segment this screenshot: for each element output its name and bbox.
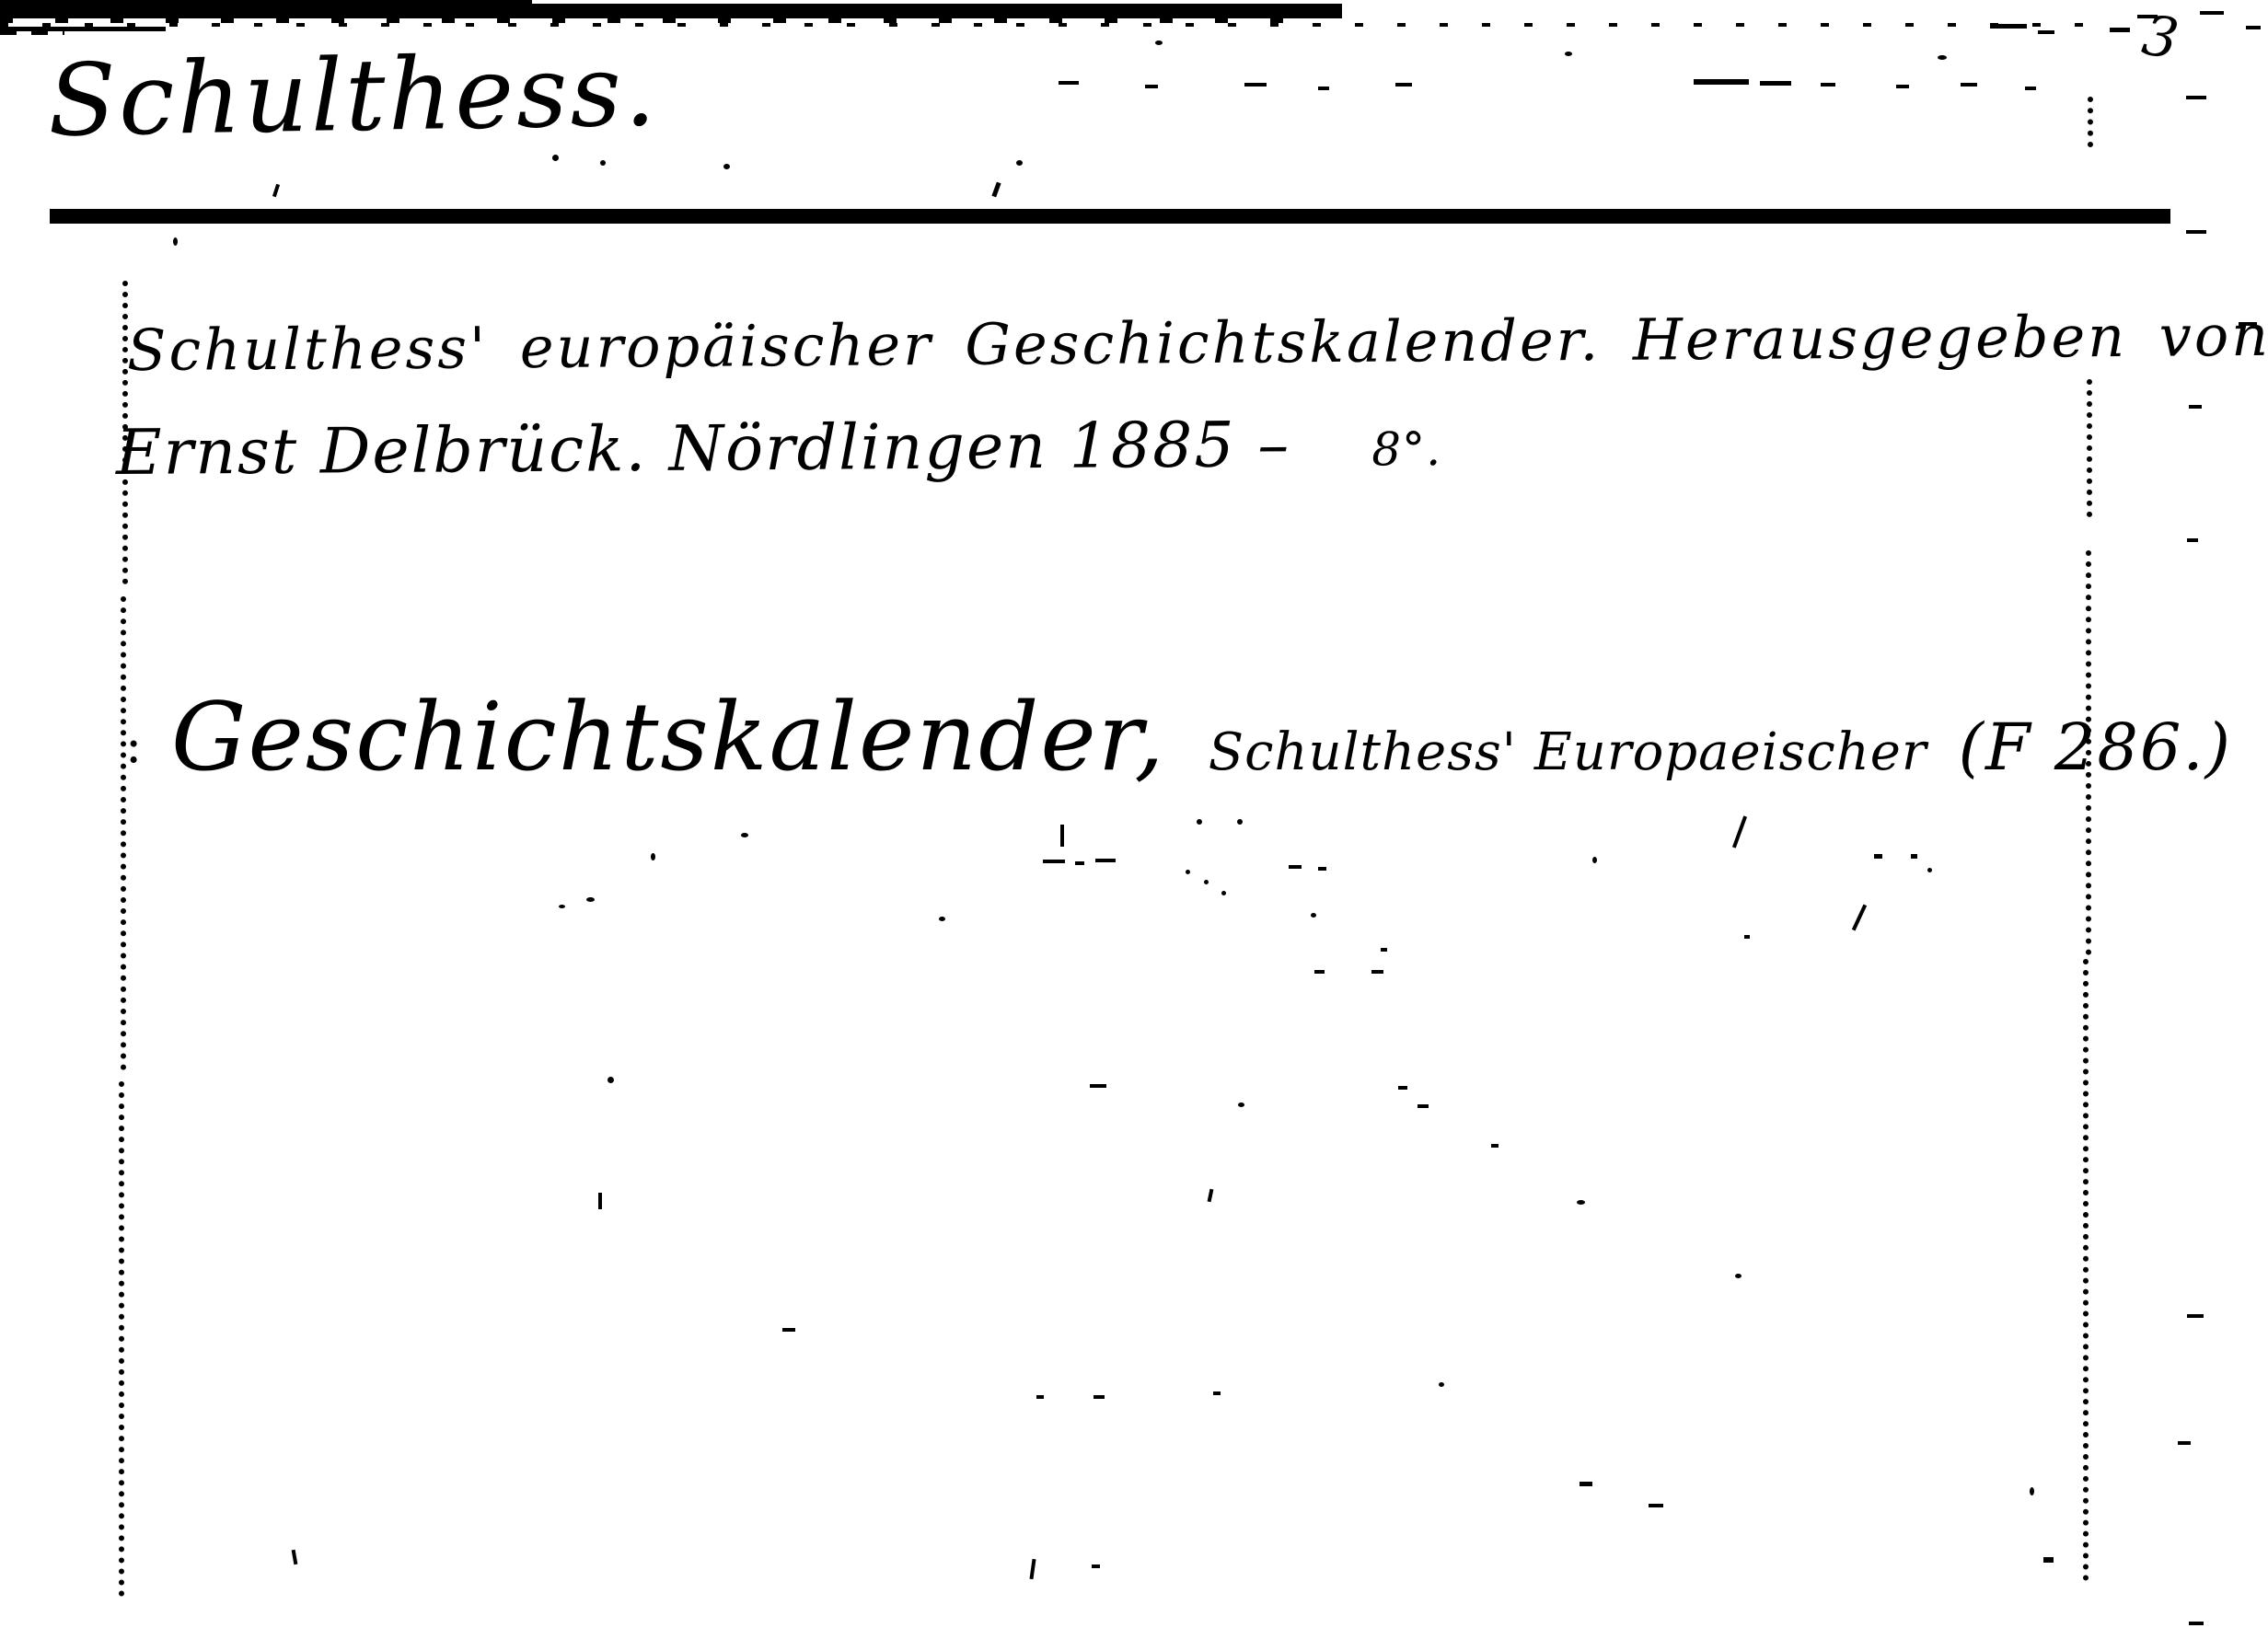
corner-pencil-mark: 3 (2138, 3, 2183, 72)
entry-line-1: Schulthess' europäischer Geschichtskalen… (127, 302, 2268, 384)
scan-speck (1927, 868, 1932, 872)
scan-speck (2030, 1487, 2034, 1495)
scan-dash (1092, 1564, 1100, 1568)
scan-speck (1311, 913, 1316, 918)
scan-speck (1060, 825, 1064, 847)
scan-speck (991, 182, 1001, 198)
scan-dash (1821, 83, 1835, 87)
scan-dash (1036, 1395, 1044, 1399)
scan-speck (1208, 1189, 1214, 1203)
catalog-card-scan: 3 Schulthess. Schulthess' europäischer G… (0, 0, 2268, 1651)
scan-dash (28, 9, 53, 13)
scan-dash (2186, 96, 2206, 99)
scan-dash (2187, 538, 2198, 542)
scan-dash (1381, 948, 1387, 952)
scan-dash (2110, 28, 2130, 32)
scan-speck (651, 853, 655, 860)
scan-speck (292, 1550, 298, 1564)
top-edge-band (0, 4, 1342, 18)
scan-dash (224, 11, 238, 15)
scan-dash (1090, 1084, 1106, 1088)
scan-dash (1760, 81, 1791, 86)
scan-speck (1938, 55, 1947, 60)
scan-stroke (1852, 905, 1867, 931)
scan-dash (1417, 1104, 1429, 1108)
card-heading: Schulthess. (47, 33, 659, 159)
scan-dash (68, 9, 87, 13)
scan-speck (600, 160, 606, 166)
scan-dash (782, 1328, 795, 1332)
left-dotted-border (119, 1081, 124, 1597)
bottom-edge-line-fragment (0, 31, 64, 35)
scan-dash (1398, 1086, 1407, 1090)
scan-dash (1990, 24, 2027, 29)
scan-stroke (1029, 1559, 1036, 1579)
scan-speck (607, 1077, 614, 1083)
scan-dash (1059, 81, 1079, 85)
thick-divider-rule (50, 209, 2170, 224)
scan-dash (2178, 1441, 2191, 1445)
scan-dash (1371, 970, 1383, 974)
scan-speck (1439, 1382, 1444, 1387)
scan-dash (1744, 935, 1750, 939)
scan-speck (1238, 1103, 1244, 1107)
scan-dash (1911, 854, 1917, 859)
right-dotted-border (2088, 97, 2093, 147)
reference-qualifier: Schulthess' Europaeischer (1209, 722, 1927, 782)
scan-dash (1093, 1395, 1105, 1399)
divider-rule-ragged-edge (0, 23, 2108, 27)
scan-speck (173, 237, 178, 246)
scan-dash (1649, 1504, 1663, 1507)
scan-stroke (1732, 815, 1747, 848)
scan-dash (2025, 87, 2036, 90)
scan-dash (2189, 405, 2202, 409)
reference-title: Geschichtskalender, (171, 683, 1166, 792)
scan-dash (2187, 1314, 2204, 1318)
scan-dash (1145, 85, 1158, 88)
scan-dash (1318, 867, 1326, 871)
scan-dash (2200, 11, 2224, 15)
scan-dash (1694, 79, 1749, 85)
scan-dash (1961, 83, 1977, 87)
scan-speck (272, 184, 280, 198)
scan-dash (2246, 26, 2261, 29)
entry-line-2: Ernst Delbrück. Nördlingen 1885 –8°. (116, 408, 1442, 490)
reference-line: Geschichtskalender, Schulthess' Europaei… (171, 683, 2232, 792)
scan-dash (1213, 1391, 1221, 1395)
scan-speck (1016, 160, 1023, 166)
scan-dash (1314, 970, 1325, 974)
scan-speck (598, 1193, 602, 1209)
scan-speck (552, 155, 559, 161)
right-dotted-border (2087, 379, 2092, 517)
scan-speck (1565, 52, 1572, 56)
format-notation: 8°. (1371, 422, 1441, 477)
scan-speck (723, 164, 730, 169)
scan-speck (559, 905, 565, 908)
scan-dash (1075, 861, 1084, 865)
scan-speck (1155, 40, 1163, 45)
scan-dash (1043, 860, 1065, 863)
scan-speck (1577, 1200, 1585, 1205)
scan-dash (1395, 83, 1412, 87)
scan-dash (1289, 865, 1302, 869)
reference-colon: : (125, 716, 142, 774)
scan-speck (586, 897, 595, 902)
scan-dash (2137, 15, 2158, 18)
scan-dash (2043, 1557, 2054, 1563)
scan-dash (1874, 854, 1882, 859)
reference-number: (F 286.) (1959, 710, 2232, 785)
scan-dash (1579, 1482, 1592, 1486)
scan-speck (939, 917, 945, 921)
scan-speck (1197, 819, 1202, 825)
scan-dash (1244, 83, 1267, 87)
right-dotted-border (2083, 959, 2089, 1581)
scan-speck (1221, 891, 1226, 895)
scan-dash (1491, 1144, 1498, 1148)
entry-line-2-text: Ernst Delbrück. Nördlingen 1885 – (116, 409, 1291, 490)
scan-speck (1237, 819, 1243, 825)
scan-speck (1592, 857, 1597, 863)
scan-speck (741, 833, 748, 837)
left-dotted-border (121, 596, 126, 1070)
scan-dash (2038, 30, 2054, 34)
scan-dash (1095, 859, 1116, 862)
scan-dash (2186, 230, 2206, 234)
scan-speck (1735, 1274, 1741, 1278)
scan-dash (2189, 1622, 2204, 1625)
scan-speck (1186, 870, 1190, 874)
scan-dash (1318, 87, 1329, 90)
scan-speck (1204, 880, 1209, 884)
scan-dash (1896, 85, 1909, 88)
